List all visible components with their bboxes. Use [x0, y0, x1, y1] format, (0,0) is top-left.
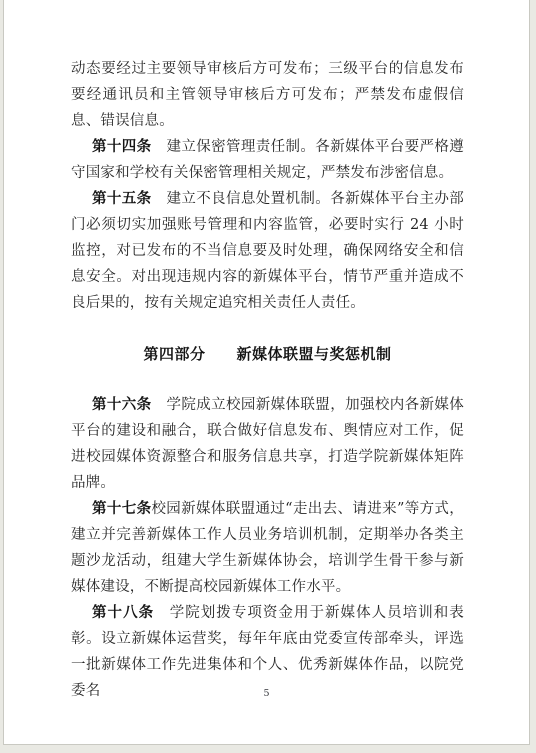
- page-number: 5: [263, 688, 269, 699]
- paragraph: 第十五条 建立不良信息处置机制。各新媒体平台主办部门必须切实加强账号管理和内容监…: [71, 186, 464, 316]
- paragraph: 第十六条 学院成立校园新媒体联盟，加强校内各新媒体平台的建设和融合，联合做好信息…: [71, 392, 464, 496]
- page-footer: 5: [4, 688, 529, 699]
- section-heading: 第四部分 新媒体联盟与奖惩机制: [71, 341, 464, 367]
- article-number: 第十六条: [92, 396, 152, 413]
- article-number: 第十四条: [92, 138, 152, 155]
- paragraph: 第十七条校园新媒体联盟通过“走出去、请进来”等方式，建立并完善新媒体工作人员业务…: [71, 496, 464, 600]
- article-number: 第十七条: [92, 500, 151, 517]
- paragraph: 第十四条 建立保密管理责任制。各新媒体平台要严格遵守国家和学校有关保密管理相关规…: [71, 134, 464, 186]
- article-number: 第十五条: [92, 190, 152, 207]
- document-viewport: 动态要经过主要领导审核后方可发布；三级平台的信息发布要经通讯员和主管领导审核后方…: [0, 0, 536, 753]
- paragraph-text: 建立不良信息处置机制。各新媒体平台主办部门必须切实加强账号管理和内容监管，必要时…: [71, 191, 464, 311]
- paragraph: 动态要经过主要领导审核后方可发布；三级平台的信息发布要经通讯员和主管领导审核后方…: [71, 56, 464, 134]
- paragraphs: 动态要经过主要领导审核后方可发布；三级平台的信息发布要经通讯员和主管领导审核后方…: [71, 56, 464, 704]
- article-number: 第四部分 新媒体联盟与奖惩机制: [143, 345, 391, 363]
- article-number: 第十八条: [92, 604, 154, 621]
- paragraph-text: 动态要经过主要领导审核后方可发布；三级平台的信息发布要经通讯员和主管领导审核后方…: [71, 61, 464, 129]
- document-page: 动态要经过主要领导审核后方可发布；三级平台的信息发布要经通讯员和主管领导审核后方…: [3, 0, 530, 745]
- document-body: 动态要经过主要领导审核后方可发布；三级平台的信息发布要经通讯员和主管领导审核后方…: [71, 56, 464, 704]
